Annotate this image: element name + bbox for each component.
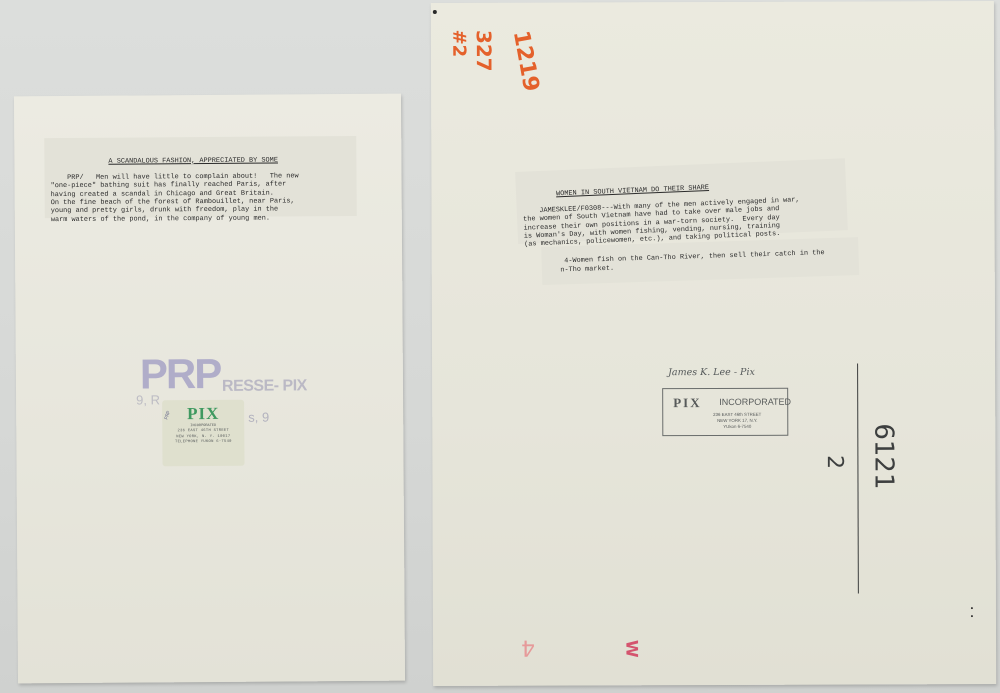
left-typed-caption: A SCANDALOUS FASHION, APPRECIATED BY SOM… bbox=[44, 136, 357, 218]
corner-mark bbox=[433, 10, 437, 14]
secondary-caption-line: n-Tho market. bbox=[548, 264, 614, 274]
red-scribble-mark: W bbox=[622, 640, 641, 658]
left-caption-line: warm waters of the pond, in the company … bbox=[51, 214, 270, 224]
presse-stamp: RESSE- PIX bbox=[222, 377, 307, 396]
left-photo-back: A SCANDALOUS FASHION, APPRECIATED BY SOM… bbox=[14, 94, 405, 684]
pix-stamp-address: NEW YORK 17, N.Y. bbox=[697, 418, 777, 423]
pencil-divider-line bbox=[857, 363, 859, 593]
red-pencil-number-2: #2 bbox=[448, 30, 469, 58]
presse-stamp-tail: - PIX bbox=[274, 377, 307, 394]
prp-stamp: PRP bbox=[140, 350, 221, 399]
stamp-address-end: s, 9 bbox=[248, 410, 269, 425]
left-caption-title: A SCANDALOUS FASHION, APPRECIATED BY SOM… bbox=[50, 156, 350, 166]
pix-stamp-address: 236 EAST 46th STREET bbox=[697, 412, 777, 417]
speck bbox=[971, 607, 973, 609]
red-pencil-number-327: 327 bbox=[472, 30, 496, 72]
pix-stamp-logo: PIX bbox=[673, 395, 701, 411]
red-mark-4: 4 bbox=[521, 635, 535, 660]
stamp-address-start: 9, R bbox=[136, 392, 160, 407]
red-pencil-number-1219: 1219 bbox=[508, 29, 543, 94]
pencil-number-6121: 6121 bbox=[868, 423, 898, 489]
presse-stamp-text: RESSE bbox=[222, 378, 274, 395]
secondary-caption-line: 4-Women fish on the Can-Tho River, then … bbox=[564, 249, 825, 265]
photographer-credit: James K. Lee - Pix bbox=[668, 367, 755, 378]
pencil-number-2: 2 bbox=[822, 455, 847, 469]
right-photo-back: #2 327 1219 WOMEN IN SOUTH VIETNAM DO TH… bbox=[431, 1, 996, 686]
pix-address-line: TELEPHONE YUKON 6-7540 bbox=[162, 440, 244, 446]
right-typed-caption: WOMEN IN SOUTH VIETNAM DO THEIR SHARE JA… bbox=[515, 158, 848, 244]
pix-logo: PIX bbox=[162, 404, 244, 425]
pix-sticker-label: PRP PIX INCORPORATED 236 EAST 46TH STREE… bbox=[162, 400, 244, 467]
pix-stamp-address: YUkon 6-7540 bbox=[697, 424, 777, 429]
pix-inc-stamp: PIX INCORPORATED 236 EAST 46th STREET NE… bbox=[662, 388, 788, 436]
speck bbox=[971, 615, 973, 617]
pix-stamp-name: INCORPORATED bbox=[719, 397, 791, 407]
